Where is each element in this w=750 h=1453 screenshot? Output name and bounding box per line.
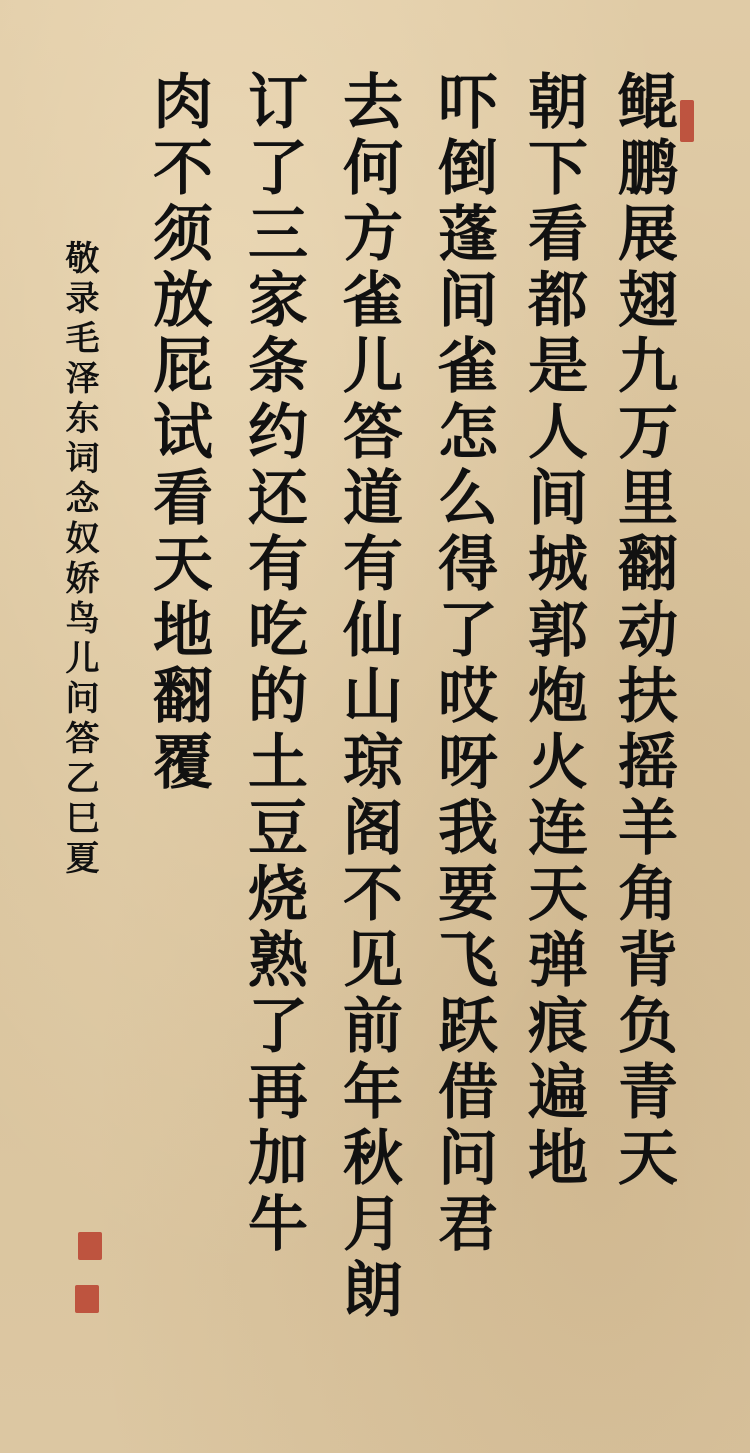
- inscription: 敬录毛泽东词念奴娇鸟儿问答乙巳夏: [55, 240, 104, 880]
- text-column-4: 去何方雀儿答道有仙山琼阁不见前年秋月朗: [325, 70, 411, 1324]
- text-column-2: 朝下看都是人间城郭炮火连天弹痕遍地: [510, 70, 596, 1192]
- calligraphy-scroll: 鲲鹏展翅九万里翻动扶摇羊角背负青天 朝下看都是人间城郭炮火连天弹痕遍地 吓倒蓬间…: [0, 0, 750, 1453]
- artist-seal-2: [75, 1285, 99, 1313]
- text-column-6: 肉不须放屁试看天地翻覆: [135, 70, 221, 796]
- artist-seal-1: [78, 1232, 102, 1260]
- text-column-1: 鲲鹏展翅九万里翻动扶摇羊角背负青天: [600, 70, 686, 1192]
- text-column-3: 吓倒蓬间雀怎么得了哎呀我要飞跃借问君: [420, 70, 506, 1258]
- text-column-5: 订了三家条约还有吃的土豆烧熟了再加牛: [230, 70, 316, 1258]
